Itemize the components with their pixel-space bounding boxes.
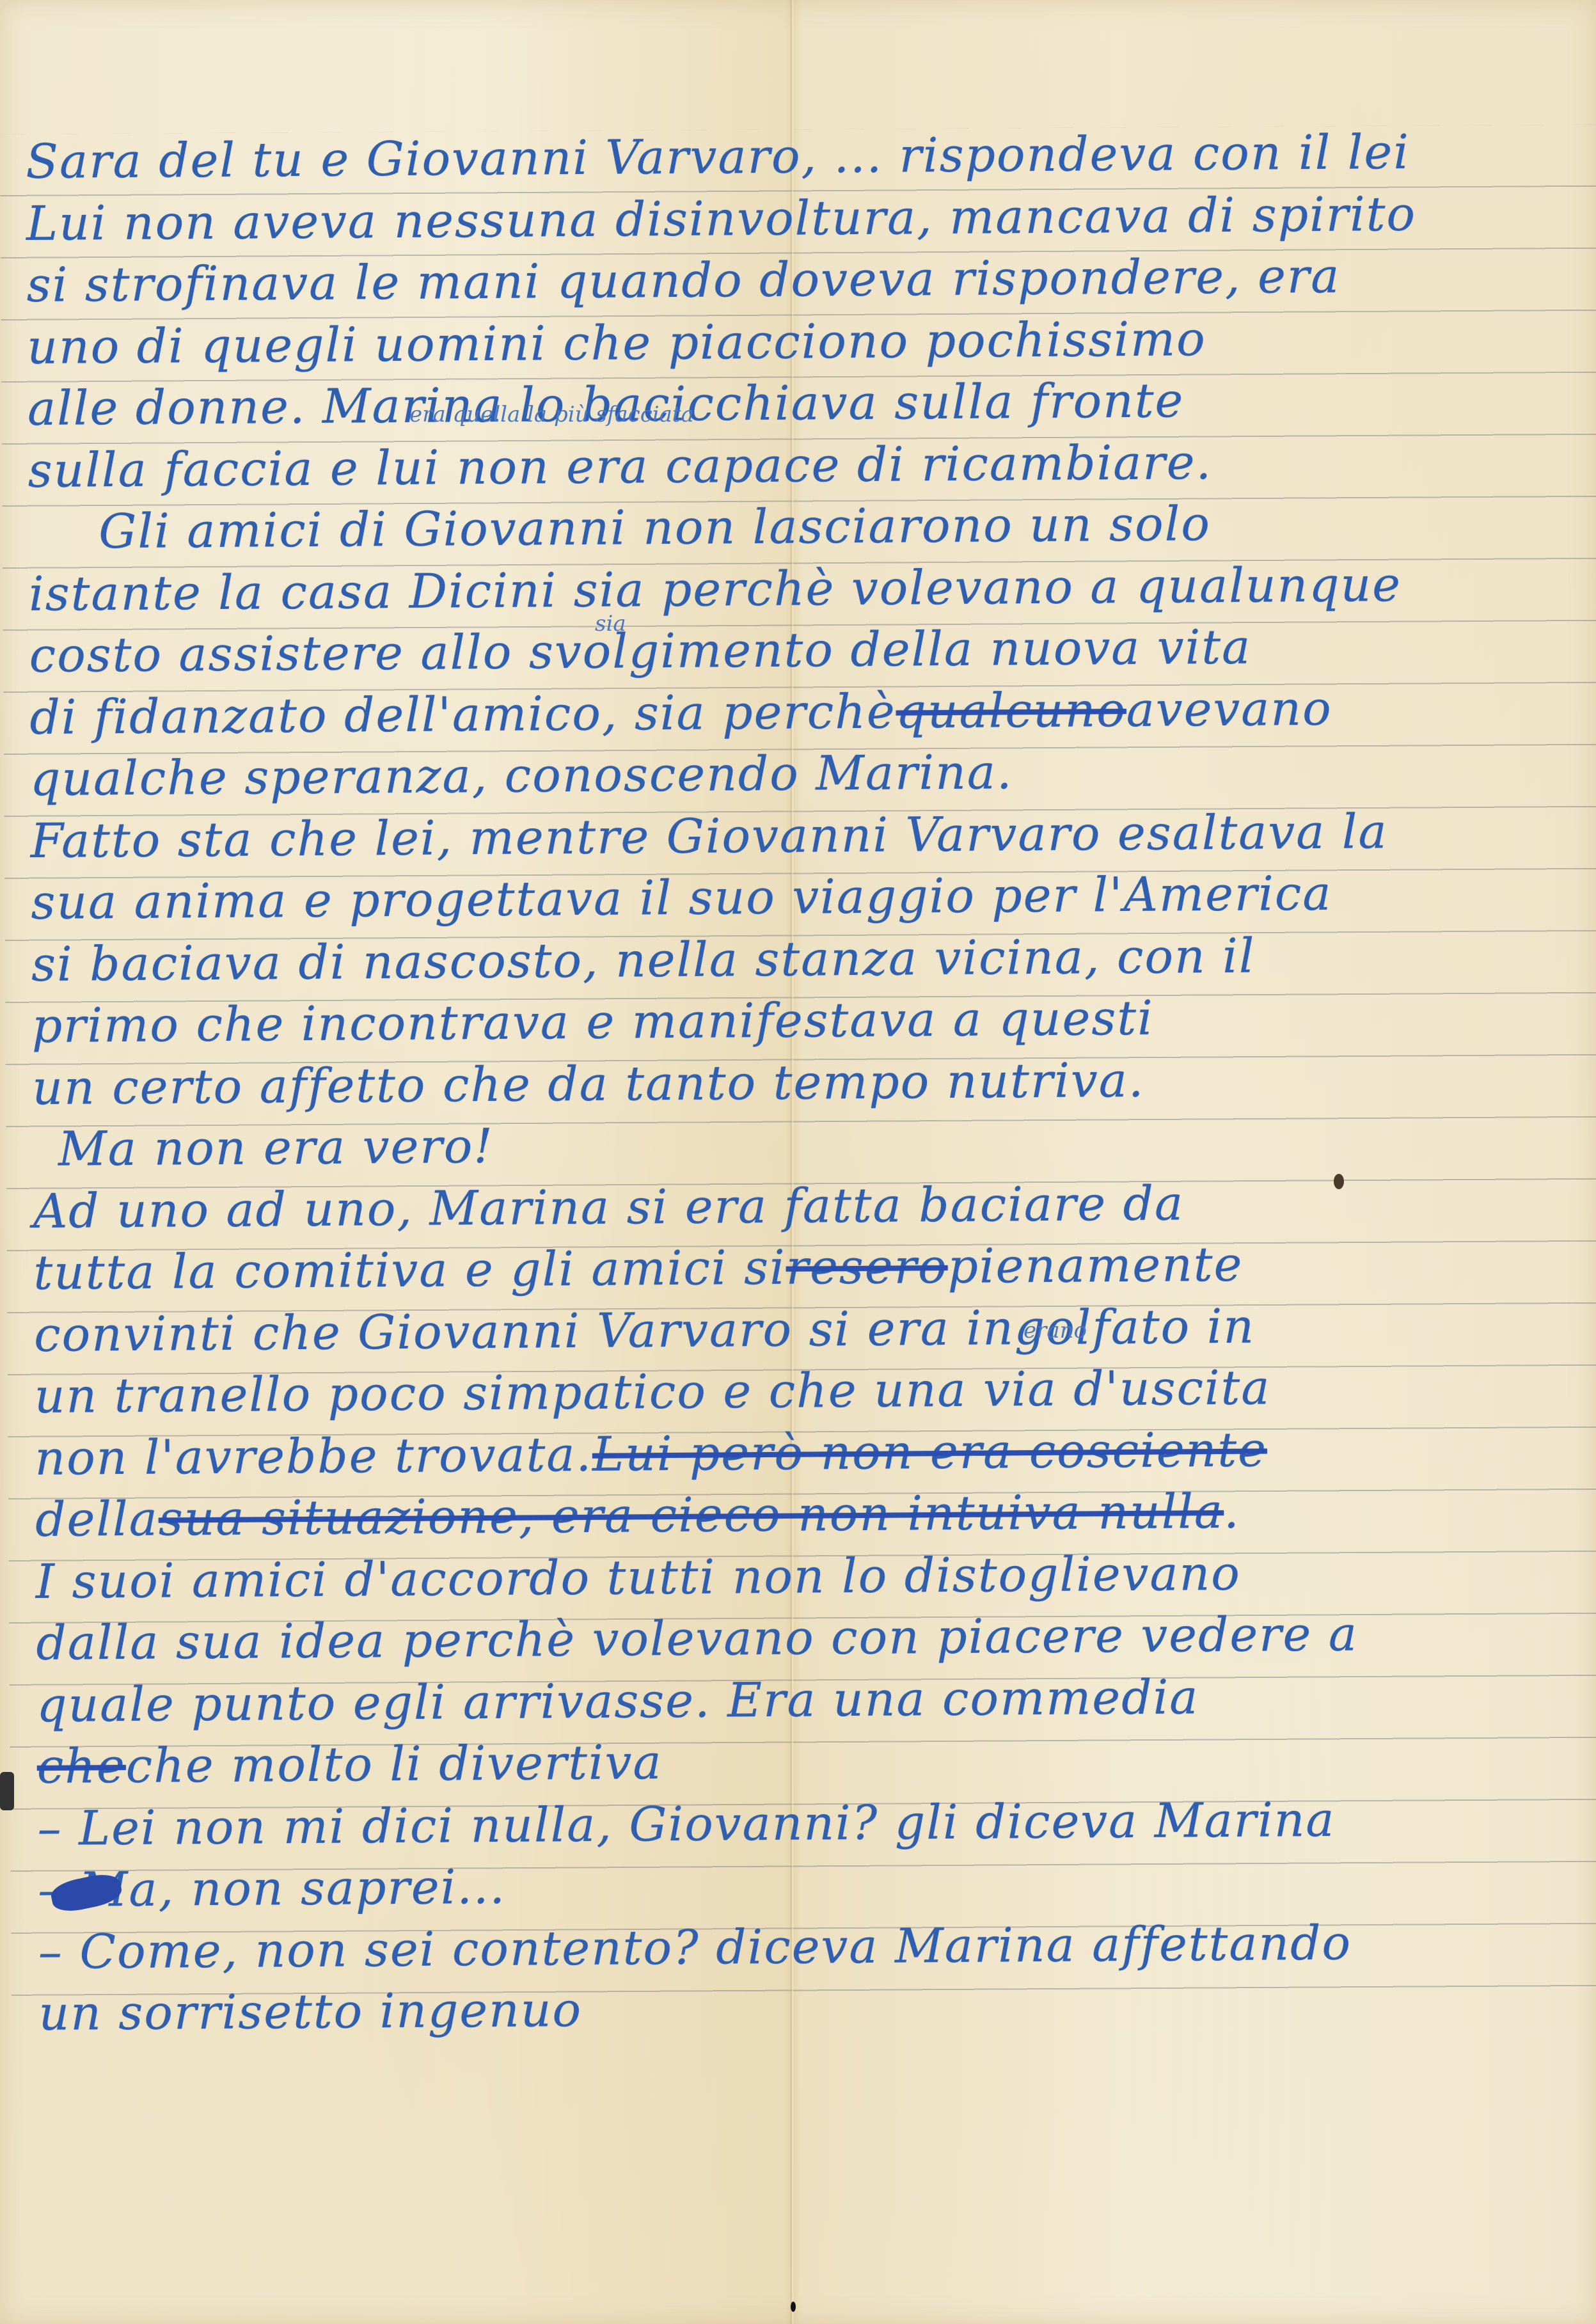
text-line-14: si baciava di nascosto, nella stanza vic… bbox=[31, 922, 1593, 995]
interlinear-insertion: erano bbox=[1023, 1318, 1087, 1343]
text-line-5: alle donne. Marina lo bacicchiava sulla … bbox=[28, 367, 1589, 440]
text-line-2: Lui non aveva nessuna disinvoltura, manc… bbox=[26, 182, 1588, 255]
text-line-11: qualche speranza, conoscendo Marina. bbox=[30, 738, 1592, 810]
text-line-21: un tranello poco simpatico e che una via… bbox=[34, 1355, 1595, 1428]
text-line-31: un sorrisetto ingenuo bbox=[38, 1972, 1596, 2045]
edge-mark bbox=[0, 1772, 14, 1810]
struck-word: che bbox=[37, 1735, 127, 1798]
text-line-7: Gli amici di Giovanni non lasciarono un … bbox=[28, 491, 1590, 564]
stain-speck bbox=[1334, 1174, 1344, 1189]
manuscript-page: Sara del tu e Giovanni Varvaro, ... risp… bbox=[0, 0, 1596, 2324]
text-line-17: Ma non era vero! bbox=[33, 1108, 1594, 1181]
text-line-29: – Ma, non saprei... bbox=[38, 1849, 1596, 1922]
text-line-23: della sua situazione, era cieco non intu… bbox=[35, 1478, 1596, 1551]
text-line-8: istante la casa Dicini sia perchè voleva… bbox=[29, 552, 1590, 625]
text-line-30: – Come, non sei contento? diceva Marina … bbox=[38, 1910, 1596, 1983]
text-line-12: Fatto sta che lei, mentre Giovanni Varva… bbox=[30, 799, 1592, 872]
stain-speck bbox=[791, 2302, 796, 2312]
struck-word: qualcuno bbox=[896, 679, 1126, 743]
struck-phrase: sua situazione, era cieco non intuiva nu… bbox=[158, 1481, 1224, 1550]
text-line-22: non l'avrebbe trovata. Lui però non era … bbox=[35, 1416, 1596, 1489]
text-line-19: tutta la comitiva e gli amici si resero … bbox=[33, 1231, 1595, 1304]
handwritten-text-body: Sara del tu e Giovanni Varvaro, ... risp… bbox=[26, 120, 1596, 2044]
text-line-9: costo assistere allo svolgimento della n… bbox=[29, 614, 1590, 687]
text-line-16: un certo affetto che da tanto tempo nutr… bbox=[32, 1046, 1593, 1119]
text-line-1: Sara del tu e Giovanni Varvaro, ... risp… bbox=[26, 120, 1587, 193]
text-line-6: sulla faccia e lui non era capace di ric… bbox=[28, 429, 1589, 502]
interlinear-insertion: sia bbox=[595, 611, 626, 636]
text-line-26: quale punto egli arrivasse. Era una comm… bbox=[36, 1663, 1596, 1736]
text-line-20: convinti che Giovanni Varvaro si era ing… bbox=[34, 1293, 1595, 1366]
text-line-28: – Lei non mi dici nulla, Giovanni? gli d… bbox=[37, 1787, 1596, 1860]
struck-phrase: Lui però non era cosciente bbox=[592, 1419, 1268, 1485]
text-line-27: che che molto li divertiva bbox=[37, 1725, 1596, 1798]
text-line-18: Ad uno ad uno, Marina si era fatta bacia… bbox=[33, 1169, 1594, 1242]
text-line-24: I suoi amici d'accordo tutti non lo dist… bbox=[35, 1540, 1596, 1613]
text-line-13: sua anima e progettava il suo viaggio pe… bbox=[31, 861, 1592, 934]
text-line-15: primo che incontrava e manifestava a que… bbox=[31, 984, 1593, 1057]
text-line-3: si strofinava le mani quando doveva risp… bbox=[26, 244, 1588, 317]
struck-word: resero bbox=[786, 1236, 948, 1299]
text-line-25: dalla sua idea perchè volevano con piace… bbox=[36, 1602, 1596, 1675]
text-line-4: uno di quegli uomini che piacciono pochi… bbox=[27, 305, 1588, 378]
text-line-10: di fidanzato dell'amico, sia perchè qual… bbox=[29, 676, 1591, 748]
interlinear-insertion: era quella la più sfacciata bbox=[409, 402, 694, 427]
